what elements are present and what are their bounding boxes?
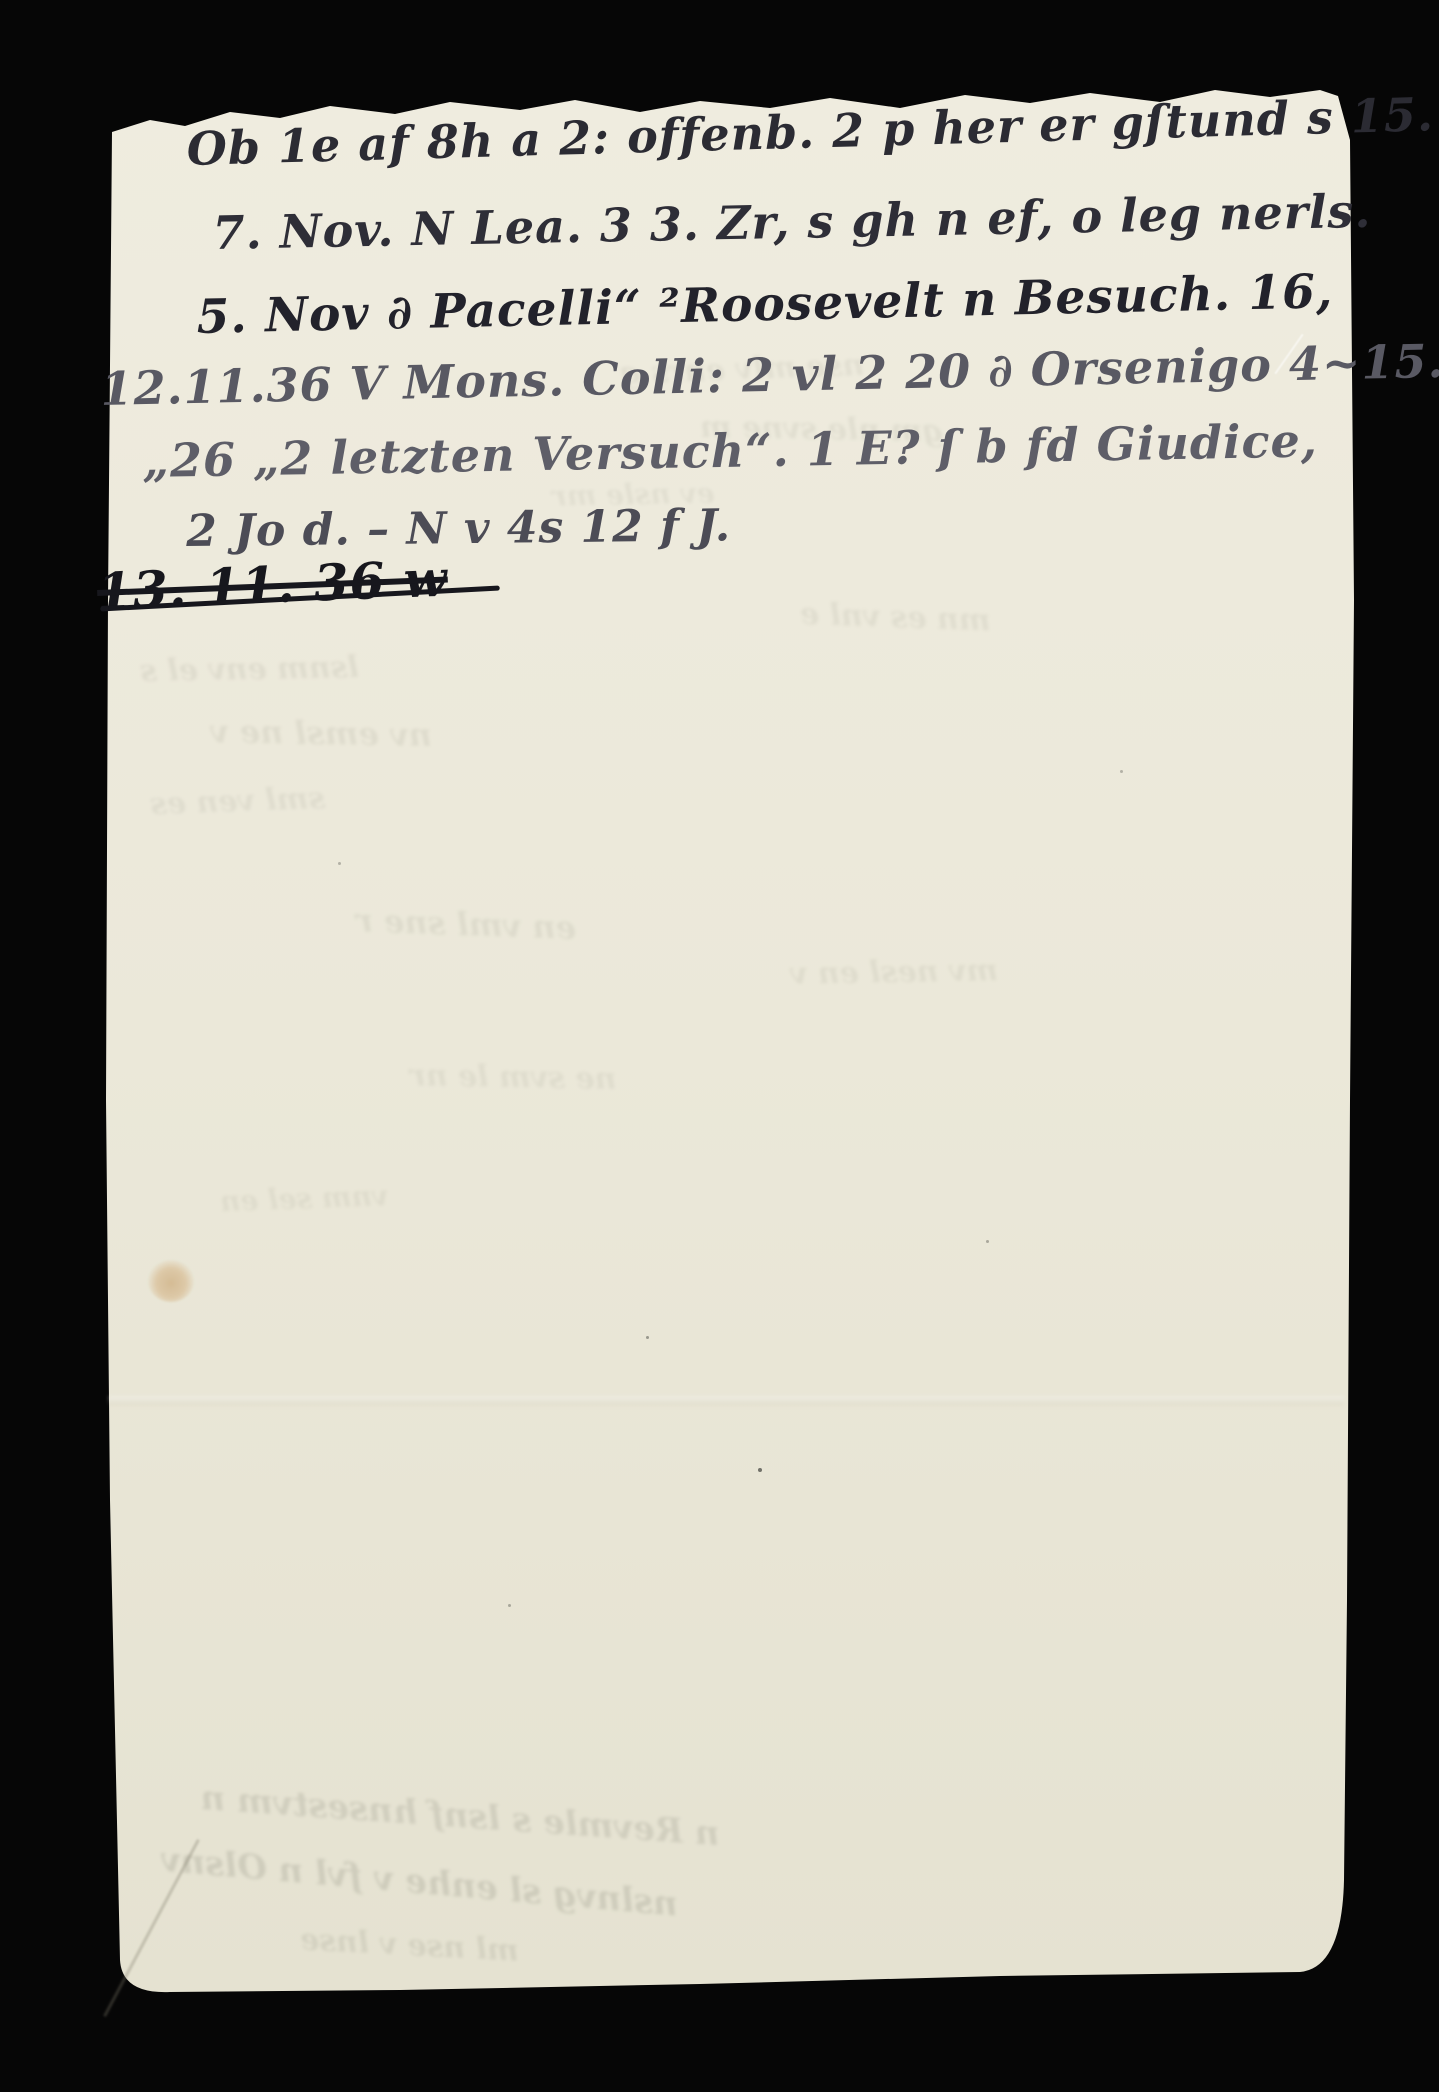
paper-speck bbox=[338, 862, 341, 865]
paper-speck bbox=[758, 1468, 762, 1472]
paper-speck bbox=[986, 1240, 989, 1243]
stain-mark bbox=[148, 1260, 194, 1302]
bleed-through-text: vnm sel en bbox=[219, 1179, 388, 1218]
bleed-through-text: en vml sne r bbox=[355, 901, 576, 947]
horizontal-crease bbox=[108, 1396, 1344, 1408]
paper-speck bbox=[1120, 770, 1123, 773]
bleed-through-text: mn es vnl e bbox=[799, 597, 991, 639]
bleed-through-text: mv nesl en v bbox=[790, 953, 999, 992]
bleed-through-text: ne svm le nr bbox=[410, 1058, 617, 1097]
handwriting-line-6: 2 Jo d. – N v 4s 12 f J. bbox=[186, 500, 731, 557]
bleed-through-text: nv emsl ne v bbox=[210, 712, 433, 754]
bleed-through-text: sml ven es bbox=[149, 781, 325, 822]
paper-speck bbox=[508, 1604, 511, 1607]
bleed-through-text: lsnm env el s bbox=[140, 650, 359, 689]
paper-speck bbox=[646, 1336, 649, 1339]
scanned-page: nse mlv enrs g gm nle svne m ev nsle mr … bbox=[0, 0, 1439, 2092]
